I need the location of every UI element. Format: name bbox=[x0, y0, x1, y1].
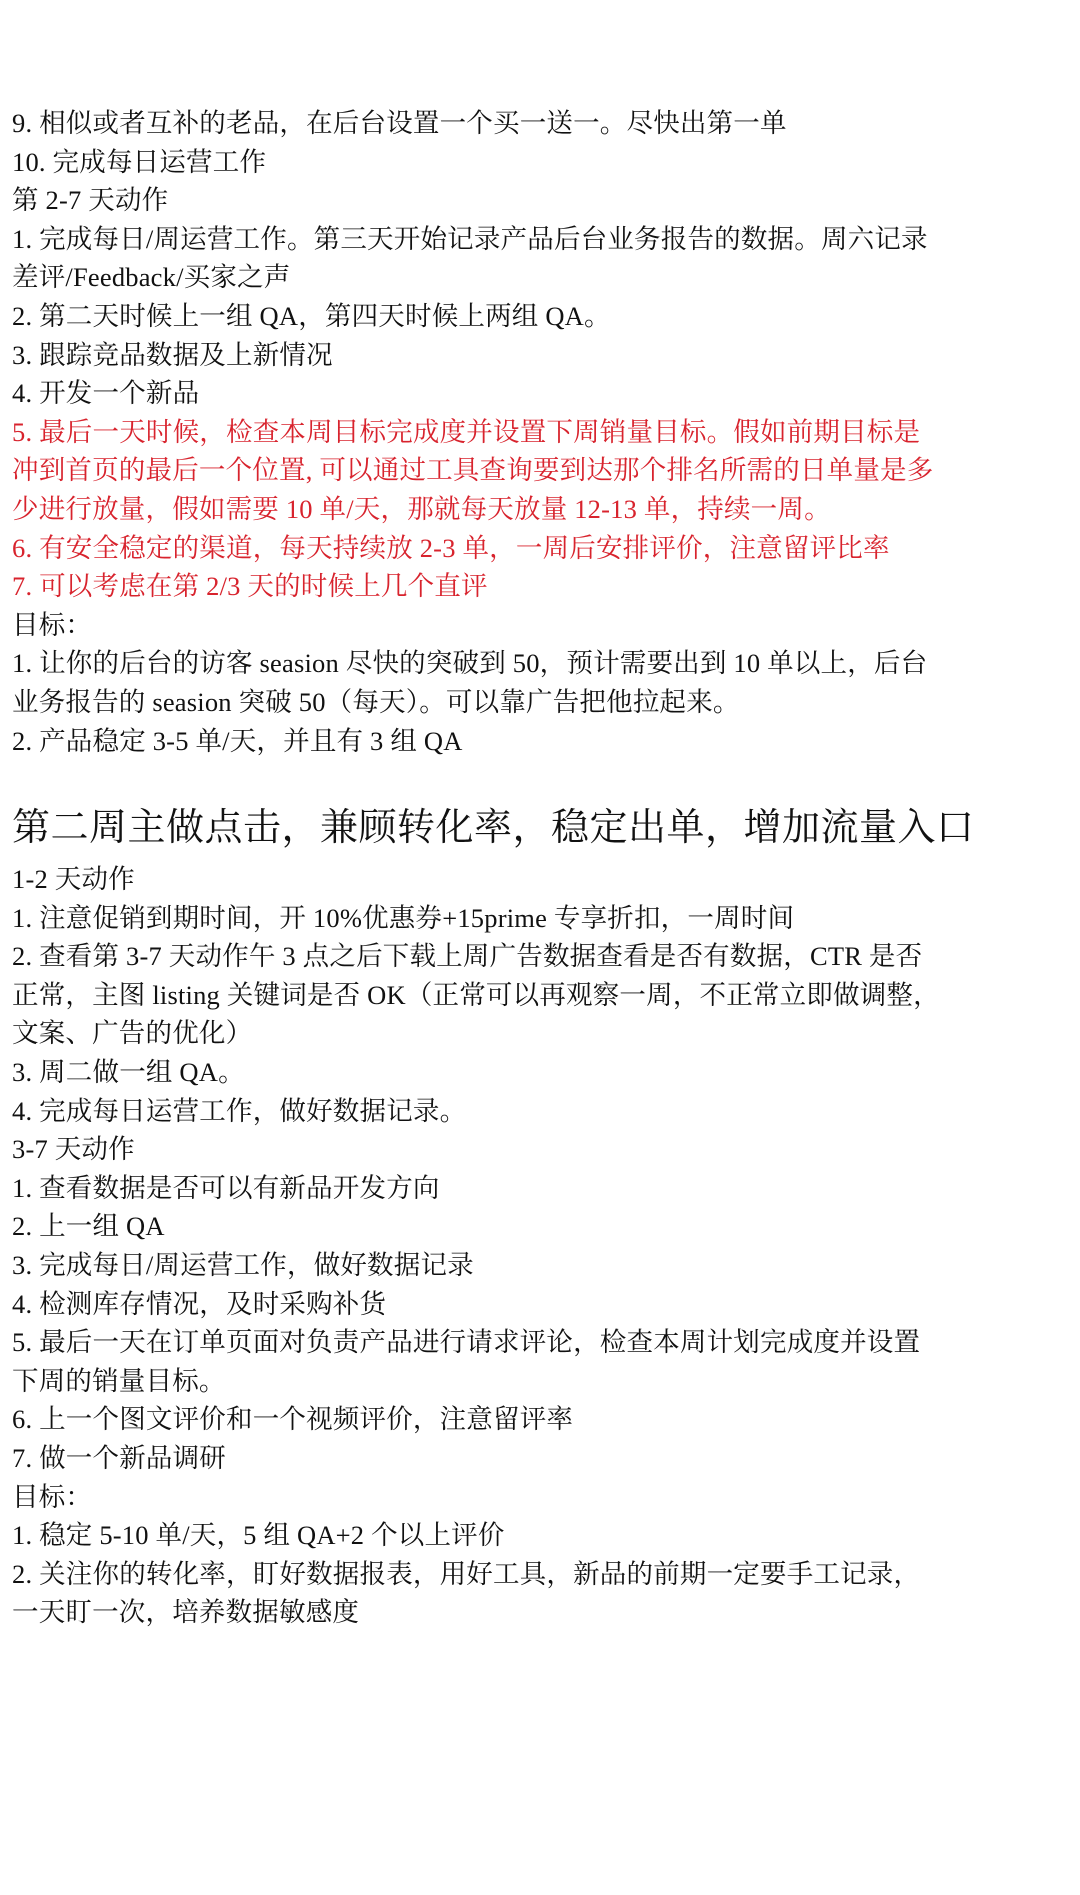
list-item-1-continued: 差评/Feedback/买家之声 bbox=[12, 258, 1072, 297]
list-item-1: 1. 完成每日/周运营工作。第三天开始记录产品后台业务报告的数据。周六记录 bbox=[12, 220, 1072, 259]
list-item-9: 9. 相似或者互补的老品，在后台设置一个买一送一。尽快出第一单 bbox=[12, 104, 1072, 143]
list-item-2: 2. 查看第 3-7 天动作午 3 点之后下载上周广告数据查看是否有数据，CTR… bbox=[12, 937, 1072, 976]
list-item-4: 4. 完成每日运营工作，做好数据记录。 bbox=[12, 1092, 1072, 1131]
list-item-3: 3. 周二做一组 QA。 bbox=[12, 1053, 1072, 1092]
list-item-6-highlighted: 6. 有安全稳定的渠道，每天持续放 2-3 单，一周后安排评价，注意留评比率 bbox=[12, 529, 1072, 568]
list-item-10: 10. 完成每日运营工作 bbox=[12, 143, 1072, 182]
goal-item-2-continued: 一天盯一次，培养数据敏感度 bbox=[12, 1593, 1072, 1632]
subsection-title-day-2-7: 第 2-7 天动作 bbox=[12, 181, 1072, 220]
list-item-6: 6. 上一个图文评价和一个视频评价，注意留评率 bbox=[12, 1400, 1072, 1439]
list-item-2-continued: 正常，主图 listing 关键词是否 OK（正常可以再观察一周，不正常立即做调… bbox=[12, 976, 1072, 1015]
subsection-title-day-3-7: 3-7 天动作 bbox=[12, 1130, 1072, 1169]
list-item-5-highlighted: 5. 最后一天时候，检查本周目标完成度并设置下周销量目标。假如前期目标是 bbox=[12, 413, 1072, 452]
list-item-5-continued: 下周的销量目标。 bbox=[12, 1362, 1072, 1401]
list-item-3: 3. 完成每日/周运营工作，做好数据记录 bbox=[12, 1246, 1072, 1285]
goal-item-1: 1. 稳定 5-10 单/天，5 组 QA+2 个以上评价 bbox=[12, 1516, 1072, 1555]
goals-label: 目标： bbox=[12, 606, 1072, 645]
list-item-5-continued: 少进行放量，假如需要 10 单/天，那就每天放量 12-13 单，持续一周。 bbox=[12, 490, 1072, 529]
list-item-4: 4. 开发一个新品 bbox=[12, 374, 1072, 413]
list-item-5-continued: 冲到首页的最后一个位置, 可以通过工具查询要到达那个排名所需的日单量是多 bbox=[12, 451, 1072, 490]
goal-item-1-continued: 业务报告的 seasion 突破 50（每天）。可以靠广告把他拉起来。 bbox=[12, 683, 1072, 722]
document-body: 9. 相似或者互补的老品，在后台设置一个买一送一。尽快出第一单 10. 完成每日… bbox=[12, 104, 1072, 1632]
week2-section: 1-2 天动作 1. 注意促销到期时间，开 10%优惠券+15prime 专享折… bbox=[12, 860, 1072, 1632]
list-item-2: 2. 第二天时候上一组 QA，第四天时候上两组 QA。 bbox=[12, 297, 1072, 336]
list-item-3: 3. 跟踪竞品数据及上新情况 bbox=[12, 336, 1072, 375]
list-item-7: 7. 做一个新品调研 bbox=[12, 1439, 1072, 1478]
list-item-2-continued: 文案、广告的优化） bbox=[12, 1014, 1072, 1053]
goal-item-2: 2. 关注你的转化率，盯好数据报表，用好工具，新品的前期一定要手工记录， bbox=[12, 1555, 1072, 1594]
week1-continued-section: 9. 相似或者互补的老品，在后台设置一个买一送一。尽快出第一单 10. 完成每日… bbox=[12, 104, 1072, 760]
subsection-title-day-1-2: 1-2 天动作 bbox=[12, 860, 1072, 899]
section-heading-week-2: 第二周主做点击，兼顾转化率，稳定出单，增加流量入口 bbox=[12, 802, 1072, 852]
list-item-4: 4. 检测库存情况，及时采购补货 bbox=[12, 1285, 1072, 1324]
list-item-2: 2. 上一组 QA bbox=[12, 1207, 1072, 1246]
goals-label: 目标： bbox=[12, 1478, 1072, 1517]
goal-item-1: 1. 让你的后台的访客 seasion 尽快的突破到 50，预计需要出到 10 … bbox=[12, 644, 1072, 683]
goal-item-2: 2. 产品稳定 3-5 单/天，并且有 3 组 QA bbox=[12, 722, 1072, 761]
list-item-1: 1. 注意促销到期时间，开 10%优惠券+15prime 专享折扣，一周时间 bbox=[12, 899, 1072, 938]
list-item-5: 5. 最后一天在订单页面对负责产品进行请求评论，检查本周计划完成度并设置 bbox=[12, 1323, 1072, 1362]
list-item-1: 1. 查看数据是否可以有新品开发方向 bbox=[12, 1169, 1072, 1208]
list-item-7-highlighted: 7. 可以考虑在第 2/3 天的时候上几个直评 bbox=[12, 567, 1072, 606]
